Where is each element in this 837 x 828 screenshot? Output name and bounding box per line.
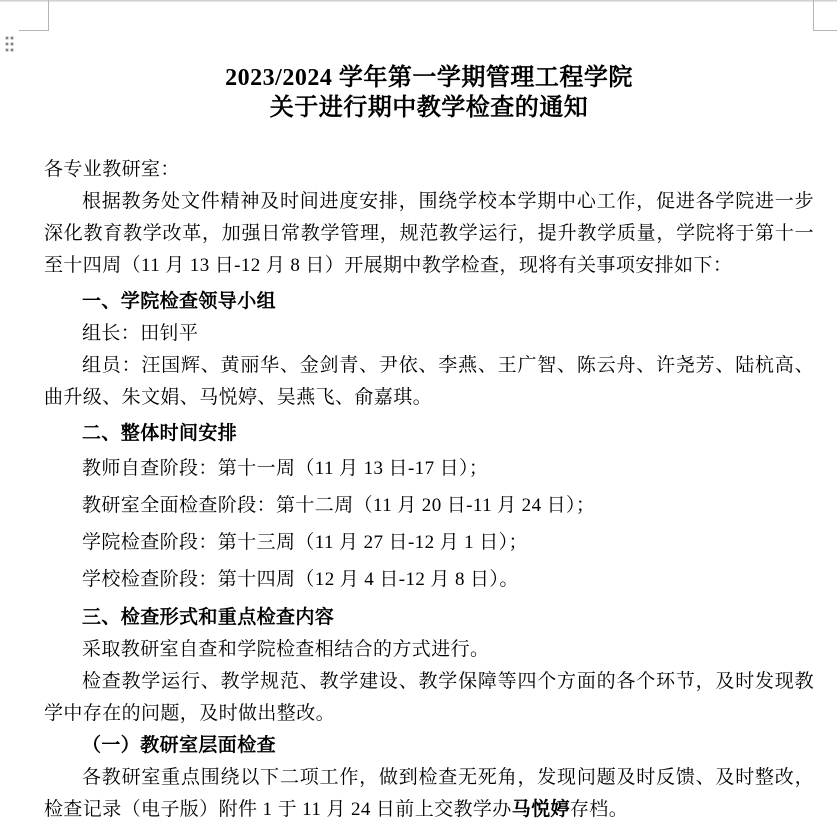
- text-run: 二、整体时间安排: [82, 423, 237, 444]
- document-body: 各专业教研室：根据教务处文件精神及时间进度安排，围绕学校本学期中心工作，促进各学…: [44, 154, 814, 826]
- section-heading: 二、整体时间安排: [44, 418, 814, 450]
- document-page: 2023/2024 学年第一学期管理工程学院 关于进行期中教学检查的通知 各专业…: [44, 63, 814, 826]
- margin-crop-mark-top-left: [19, 30, 49, 31]
- text-run: 组员：汪国辉、黄丽华、金剑青、尹依、李燕、王广智、陈云舟、许尧芳、陆杭高、曲升级…: [44, 355, 814, 408]
- page-top-edge: [0, 0, 837, 2]
- title-line-2: 关于进行期中教学检查的通知: [44, 93, 814, 123]
- margin-crop-mark-top-left: [48, 0, 49, 30]
- body-paragraph: 检查教学运行、教学规范、教学建设、教学保障等四个方面的各个环节，及时发现教学中存…: [44, 666, 814, 730]
- title-line-1: 2023/2024 学年第一学期管理工程学院: [44, 63, 814, 93]
- text-run: （一）教研室层面检查: [82, 735, 276, 756]
- text-run: 组长：田钊平: [82, 323, 198, 344]
- block-drag-handle-icon[interactable]: [6, 37, 13, 51]
- section-heading: 三、检查形式和重点检查内容: [44, 602, 814, 634]
- schedule-item: 学院检查阶段：第十三周（11 月 27 日-12 月 1 日）；: [44, 524, 814, 561]
- document-title: 2023/2024 学年第一学期管理工程学院 关于进行期中教学检查的通知: [44, 63, 814, 123]
- text-run: 存档。: [570, 799, 628, 820]
- salutation-line: 各专业教研室：: [44, 154, 814, 186]
- text-run: 采取教研室自查和学院检查相结合的方式进行。: [82, 639, 489, 660]
- section-heading: 一、学院检查领导小组: [44, 286, 814, 318]
- text-run: 检查教学运行、教学规范、教学建设、教学保障等四个方面的各个环节，及时发现教学中存…: [44, 671, 814, 724]
- text-run: 学校检查阶段：第十四周（12 月 4 日-12 月 8 日）。: [82, 569, 519, 590]
- body-paragraph: 组长：田钊平: [44, 318, 814, 350]
- schedule-item: 教师自查阶段：第十一周（11 月 13 日-17 日）；: [44, 450, 814, 487]
- body-paragraph: 根据教务处文件精神及时间进度安排，围绕学校本学期中心工作，促进各学院进一步深化教…: [44, 186, 814, 282]
- body-paragraph: 组员：汪国辉、黄丽华、金剑青、尹依、李燕、王广智、陈云舟、许尧芳、陆杭高、曲升级…: [44, 350, 814, 414]
- margin-crop-mark-top-right: [813, 30, 837, 31]
- margin-crop-mark-top-right: [813, 0, 814, 30]
- text-run: 学院检查阶段：第十三周（11 月 27 日-12 月 1 日）；: [82, 532, 528, 553]
- text-run: 一、学院检查领导小组: [82, 291, 276, 312]
- schedule-item: 学校检查阶段：第十四周（12 月 4 日-12 月 8 日）。: [44, 561, 814, 598]
- emphasized-name: 马悦婷: [512, 799, 570, 820]
- text-run: 教研室全面检查阶段：第十二周（11 月 20 日-11 月 24 日）；: [82, 495, 595, 516]
- schedule-item: 教研室全面检查阶段：第十二周（11 月 20 日-11 月 24 日）；: [44, 487, 814, 524]
- text-run: 教师自查阶段：第十一周（11 月 13 日-17 日）；: [82, 458, 488, 479]
- text-run: 根据教务处文件精神及时间进度安排，围绕学校本学期中心工作，促进各学院进一步深化教…: [44, 191, 814, 276]
- body-paragraph: 采取教研室自查和学院检查相结合的方式进行。: [44, 634, 814, 666]
- text-run: 各专业教研室：: [44, 159, 180, 180]
- sub-section-heading: （一）教研室层面检查: [44, 730, 814, 762]
- text-run: 三、检查形式和重点检查内容: [82, 607, 334, 628]
- body-paragraph: 各教研室重点围绕以下二项工作，做到检查无死角，发现问题及时反馈、及时整改，检查记…: [44, 762, 814, 826]
- text-run: 各教研室重点围绕以下二项工作，做到检查无死角，发现问题及时反馈、及时整改，检查记…: [44, 767, 814, 820]
